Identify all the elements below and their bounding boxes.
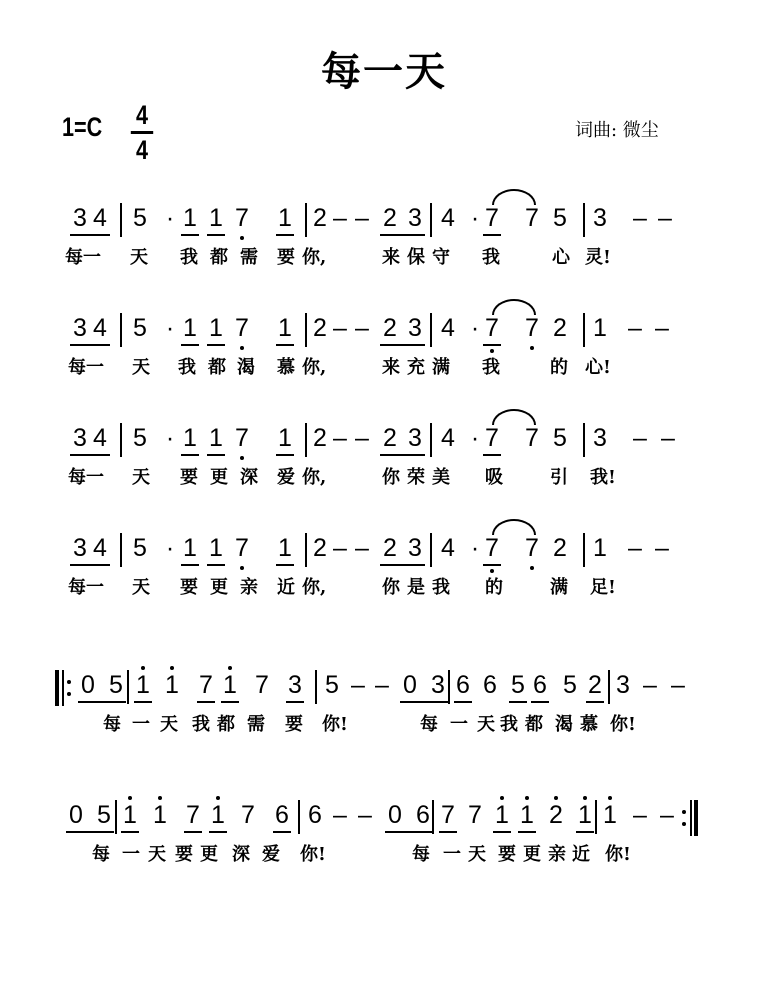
note-digit: 2: [313, 204, 327, 232]
note: 5: [106, 670, 126, 700]
note: 1: [162, 670, 182, 700]
sustain-dash: –: [330, 800, 350, 830]
note: 2: [380, 533, 400, 563]
lyric-syllable: 更: [200, 844, 218, 866]
augmentation-dot: ·: [160, 203, 180, 233]
note-digit: 4: [441, 424, 455, 452]
lyric-syllable: 荣: [407, 467, 425, 489]
lyric-syllable: 天: [160, 714, 178, 736]
note: 6: [453, 670, 473, 700]
note-digit: 4: [93, 204, 107, 232]
note-digit: 5: [133, 424, 147, 452]
note: 1: [180, 313, 200, 343]
note-digit: 1: [183, 204, 197, 232]
lyric-syllable: 都: [208, 357, 226, 379]
eighth-underline: [276, 234, 294, 236]
lyric-syllable: 来: [382, 247, 400, 269]
sustain-dash: –: [655, 203, 675, 233]
eighth-underline: [181, 564, 199, 566]
barline: [305, 313, 307, 347]
note: 5: [322, 670, 342, 700]
sustain-dash: –: [668, 670, 688, 700]
note-digit: 7: [485, 534, 499, 562]
note-digit: 5: [97, 801, 111, 829]
lyric-syllable: 灵!: [585, 247, 611, 269]
lyric-syllable: 一: [450, 714, 468, 736]
note: 3: [405, 313, 425, 343]
lyric-syllable: 每: [412, 844, 430, 866]
note-digit: ·: [166, 424, 174, 452]
note: 6: [305, 800, 325, 830]
eighth-underline: [207, 564, 225, 566]
note: 7: [482, 313, 502, 343]
note-digit: 1: [495, 801, 509, 829]
eighth-underline: [209, 831, 227, 833]
note-digit: 4: [441, 534, 455, 562]
lyric-syllable: 你!: [605, 844, 631, 866]
note: 1: [206, 423, 226, 453]
staff-line: 051171766––067711211––每一天要更深爱你!每一天要更亲近你!: [0, 800, 768, 900]
lyric-syllable: 慕: [580, 714, 598, 736]
lyric-syllable: 你: [382, 577, 400, 599]
sustain-dash: –: [330, 313, 350, 343]
barline: [583, 313, 585, 347]
note-digit: 1: [153, 801, 167, 829]
note: 7: [196, 670, 216, 700]
note: 7: [238, 800, 258, 830]
note-digit: 6: [456, 671, 470, 699]
lyric-syllable: 近: [572, 844, 590, 866]
note: 4: [90, 313, 110, 343]
note: 2: [380, 423, 400, 453]
lyric-syllable: 美: [432, 467, 450, 489]
time-signature-top: 4: [131, 100, 153, 130]
note-digit: 7: [485, 424, 499, 452]
repeat-dot: [67, 680, 71, 684]
note-digit: –: [633, 424, 647, 452]
barline: [432, 800, 434, 834]
note: 7: [522, 203, 542, 233]
sustain-dash: –: [355, 800, 375, 830]
note-digit: 3: [408, 204, 422, 232]
note: 3: [613, 670, 633, 700]
note-digit: 6: [533, 671, 547, 699]
note-digit: ·: [166, 314, 174, 342]
note-digit: 5: [133, 534, 147, 562]
note-digit: 1: [136, 671, 150, 699]
note: 3: [405, 203, 425, 233]
note-digit: 1: [278, 204, 292, 232]
lyric-syllable: 一: [122, 844, 140, 866]
high-octave-dot: [158, 796, 162, 800]
barline: [448, 670, 450, 704]
note-digit: –: [628, 314, 642, 342]
note-digit: 0: [403, 671, 417, 699]
note: 2: [310, 423, 330, 453]
note: 7: [232, 203, 252, 233]
lyric-syllable: 需: [247, 714, 265, 736]
note-digit: 3: [408, 534, 422, 562]
note-digit: –: [351, 671, 365, 699]
lyric-syllable: 的: [550, 357, 568, 379]
beam-underline: [380, 344, 425, 346]
note-digit: 2: [313, 534, 327, 562]
lyric-syllable: 心: [552, 247, 570, 269]
note-digit: –: [333, 314, 347, 342]
note-digit: 7: [235, 534, 249, 562]
note: 3: [405, 423, 425, 453]
eighth-underline: [518, 831, 536, 833]
lyrics-composer-credit: 词曲: 微尘: [575, 116, 659, 142]
note: 1: [208, 800, 228, 830]
low-octave-dot: [490, 349, 494, 353]
note-digit: 7: [485, 204, 499, 232]
note-digit: 7: [441, 801, 455, 829]
eighth-underline: [586, 701, 604, 703]
note-digit: 4: [93, 424, 107, 452]
note-digit: 3: [288, 671, 302, 699]
eighth-underline: [121, 831, 139, 833]
note-digit: 1: [209, 424, 223, 452]
note-digit: 5: [553, 424, 567, 452]
note: 5: [550, 423, 570, 453]
note-digit: –: [643, 671, 657, 699]
low-octave-dot: [240, 346, 244, 350]
note: 7: [232, 313, 252, 343]
note-digit: 7: [255, 671, 269, 699]
lyric-syllable: 需: [240, 247, 258, 269]
note: 3: [428, 670, 448, 700]
note-digit: ·: [471, 424, 479, 452]
note-digit: 3: [73, 424, 87, 452]
staff-line: 345·11712––234·7721––每一天要更亲近你,你是我的满足!: [0, 533, 768, 633]
note-digit: 1: [183, 314, 197, 342]
note: 0: [66, 800, 86, 830]
barline: [583, 533, 585, 567]
note-digit: 0: [388, 801, 402, 829]
lyric-syllable: 爱: [277, 467, 295, 489]
lyric-syllable: 每: [92, 844, 110, 866]
note: 5: [94, 800, 114, 830]
note: 1: [120, 800, 140, 830]
eighth-underline: [207, 344, 225, 346]
lyric-syllable: 每: [420, 714, 438, 736]
note-digit: 7: [525, 314, 539, 342]
lyric-syllable: 引: [550, 467, 568, 489]
lyric-syllable: 每一: [68, 357, 104, 379]
eighth-underline: [483, 344, 501, 346]
note: 1: [590, 313, 610, 343]
note-digit: –: [658, 204, 672, 232]
lyric-syllable: 保: [407, 247, 425, 269]
eighth-underline: [221, 701, 239, 703]
eighth-underline: [286, 701, 304, 703]
note: 3: [70, 533, 90, 563]
note-digit: 7: [525, 424, 539, 452]
sustain-dash: –: [625, 533, 645, 563]
note: 4: [90, 533, 110, 563]
eighth-underline: [184, 831, 202, 833]
sustain-dash: –: [330, 203, 350, 233]
note: 0: [400, 670, 420, 700]
note-digit: 5: [133, 204, 147, 232]
lyric-syllable: 要: [175, 844, 193, 866]
beam-underline: [70, 454, 110, 456]
eighth-underline: [207, 234, 225, 236]
note-digit: 1: [165, 671, 179, 699]
note: 1: [180, 423, 200, 453]
lyric-syllable: 天: [132, 577, 150, 599]
lyric-syllable: 天: [132, 467, 150, 489]
note-digit: –: [358, 801, 372, 829]
note: 5: [550, 203, 570, 233]
note-digit: 1: [209, 314, 223, 342]
sustain-dash: –: [630, 800, 650, 830]
note: 6: [530, 670, 550, 700]
barline: [583, 423, 585, 457]
eighth-underline: [181, 454, 199, 456]
note: 2: [546, 800, 566, 830]
note: 4: [90, 423, 110, 453]
lyric-syllable: 都: [217, 714, 235, 736]
note-digit: 2: [553, 534, 567, 562]
note: 2: [380, 203, 400, 233]
lyric-syllable: 慕: [277, 357, 295, 379]
note: 1: [206, 203, 226, 233]
note: 1: [600, 800, 620, 830]
note: 7: [522, 423, 542, 453]
high-octave-dot: [608, 796, 612, 800]
beam-underline: [70, 564, 110, 566]
eighth-underline: [273, 831, 291, 833]
repeat-thick-bar: [694, 800, 698, 836]
note: 3: [70, 313, 90, 343]
note: 7: [183, 800, 203, 830]
lyric-syllable: 我: [500, 714, 518, 736]
barline: [608, 670, 610, 704]
lyric-syllable: 要: [498, 844, 516, 866]
note-digit: 5: [563, 671, 577, 699]
note-digit: 4: [93, 314, 107, 342]
sustain-dash: –: [330, 423, 350, 453]
sustain-dash: –: [652, 533, 672, 563]
staff-line: 345·11712––234·7753––每一天要更深爱你,你荣美吸引我!: [0, 423, 768, 523]
note: 1: [590, 533, 610, 563]
eighth-underline: [276, 344, 294, 346]
key-signature: 1=C: [62, 112, 102, 143]
note-digit: 3: [73, 314, 87, 342]
note: 1: [517, 800, 537, 830]
lyric-syllable: 要: [180, 577, 198, 599]
note-digit: 2: [313, 424, 327, 452]
repeat-thin-bar: [690, 800, 692, 836]
note-digit: 1: [209, 204, 223, 232]
lyric-syllable: 满: [550, 577, 568, 599]
note: 5: [130, 313, 150, 343]
lyric-syllable: 要: [285, 714, 303, 736]
note: 3: [590, 423, 610, 453]
sustain-dash: –: [630, 423, 650, 453]
lyric-syllable: 是: [407, 577, 425, 599]
note-digit: –: [628, 534, 642, 562]
note-digit: 1: [593, 534, 607, 562]
note-digit: 1: [520, 801, 534, 829]
note-digit: –: [355, 204, 369, 232]
note: 2: [310, 313, 330, 343]
lyric-syllable: 近: [277, 577, 295, 599]
note-digit: 7: [199, 671, 213, 699]
note: 7: [232, 423, 252, 453]
note: 7: [465, 800, 485, 830]
high-octave-dot: [500, 796, 504, 800]
note-digit: ·: [471, 204, 479, 232]
repeat-dot: [67, 692, 71, 696]
note: 1: [133, 670, 153, 700]
note-digit: 7: [525, 204, 539, 232]
note-digit: 2: [383, 424, 397, 452]
note: 1: [206, 313, 226, 343]
note-digit: –: [333, 801, 347, 829]
lyric-syllable: 每一: [68, 577, 104, 599]
note-digit: 6: [483, 671, 497, 699]
note: 1: [150, 800, 170, 830]
barline: [430, 313, 432, 347]
lyric-syllable: 亲: [240, 577, 258, 599]
note: 1: [275, 423, 295, 453]
note-digit: 1: [123, 801, 137, 829]
lyric-syllable: 渴: [237, 357, 255, 379]
note: 4: [438, 423, 458, 453]
song-title: 每一天: [0, 40, 768, 97]
barline: [115, 800, 117, 834]
lyric-syllable: 更: [210, 577, 228, 599]
note-digit: ·: [166, 534, 174, 562]
tie-arc: [492, 189, 536, 205]
lyric-syllable: 深: [240, 467, 258, 489]
sustain-dash: –: [372, 670, 392, 700]
note: 5: [508, 670, 528, 700]
beam-underline: [380, 564, 425, 566]
note: 1: [180, 533, 200, 563]
note-digit: –: [655, 534, 669, 562]
high-octave-dot: [170, 666, 174, 670]
lyric-syllable: 都: [525, 714, 543, 736]
note: 3: [70, 203, 90, 233]
note-digit: –: [333, 204, 347, 232]
lyric-syllable: 来: [382, 357, 400, 379]
lyric-syllable: 亲: [548, 844, 566, 866]
note-digit: 3: [408, 424, 422, 452]
note-digit: –: [355, 314, 369, 342]
note: 4: [438, 533, 458, 563]
lyric-syllable: 天: [132, 357, 150, 379]
lyric-syllable: 我: [432, 577, 450, 599]
barline: [298, 800, 300, 834]
barline: [120, 203, 122, 237]
note-digit: 7: [241, 801, 255, 829]
beam-underline: [70, 344, 110, 346]
repeat-thick-bar: [55, 670, 59, 706]
note-digit: 0: [69, 801, 83, 829]
eighth-underline: [576, 831, 594, 833]
staff-line: 051171735––036656523––每一天我都需要你!每一天我都渴慕你!: [0, 670, 768, 770]
note: 3: [405, 533, 425, 563]
note-digit: 3: [73, 204, 87, 232]
note-digit: 4: [441, 204, 455, 232]
note-digit: 5: [133, 314, 147, 342]
beam-underline: [78, 701, 126, 703]
eighth-underline: [276, 454, 294, 456]
barline: [120, 313, 122, 347]
note-digit: 5: [511, 671, 525, 699]
sustain-dash: –: [352, 203, 372, 233]
note: 1: [206, 533, 226, 563]
note-digit: 1: [278, 314, 292, 342]
lyric-syllable: 一: [443, 844, 461, 866]
lyric-syllable: 心!: [585, 357, 611, 379]
note: 4: [438, 313, 458, 343]
sustain-dash: –: [640, 670, 660, 700]
eighth-underline: [197, 701, 215, 703]
high-octave-dot: [216, 796, 220, 800]
note: 5: [130, 533, 150, 563]
note-digit: 1: [223, 671, 237, 699]
note-digit: 0: [81, 671, 95, 699]
note: 4: [90, 203, 110, 233]
note: 1: [275, 203, 295, 233]
note-digit: 3: [408, 314, 422, 342]
note: 4: [438, 203, 458, 233]
barline: [315, 670, 317, 704]
lyric-syllable: 每: [103, 714, 121, 736]
note-digit: 1: [183, 534, 197, 562]
sustain-dash: –: [348, 670, 368, 700]
eighth-underline: [181, 234, 199, 236]
lyric-syllable: 天: [130, 247, 148, 269]
note: 5: [130, 203, 150, 233]
lyric-syllable: 满: [432, 357, 450, 379]
note-digit: 2: [553, 314, 567, 342]
time-signature: 4 4: [131, 100, 153, 165]
beam-underline: [380, 454, 425, 456]
barline: [120, 423, 122, 457]
high-octave-dot: [141, 666, 145, 670]
sustain-dash: –: [352, 423, 372, 453]
low-octave-dot: [240, 236, 244, 240]
low-octave-dot: [530, 346, 534, 350]
high-octave-dot: [583, 796, 587, 800]
lyric-syllable: 你,: [302, 577, 326, 599]
lyric-syllable: 我: [178, 357, 196, 379]
note-digit: 1: [209, 534, 223, 562]
note: 7: [232, 533, 252, 563]
lyric-syllable: 足!: [590, 577, 616, 599]
barline: [305, 203, 307, 237]
barline: [430, 203, 432, 237]
barline: [595, 800, 597, 834]
barline: [583, 203, 585, 237]
lyric-syllable: 我: [192, 714, 210, 736]
note: 7: [522, 533, 542, 563]
lyric-syllable: 你,: [302, 467, 326, 489]
note-digit: 1: [593, 314, 607, 342]
note: 1: [275, 533, 295, 563]
beam-underline: [385, 831, 432, 833]
lyric-syllable: 我!: [590, 467, 616, 489]
note-digit: 6: [308, 801, 322, 829]
note-digit: –: [375, 671, 389, 699]
note-digit: 2: [383, 534, 397, 562]
